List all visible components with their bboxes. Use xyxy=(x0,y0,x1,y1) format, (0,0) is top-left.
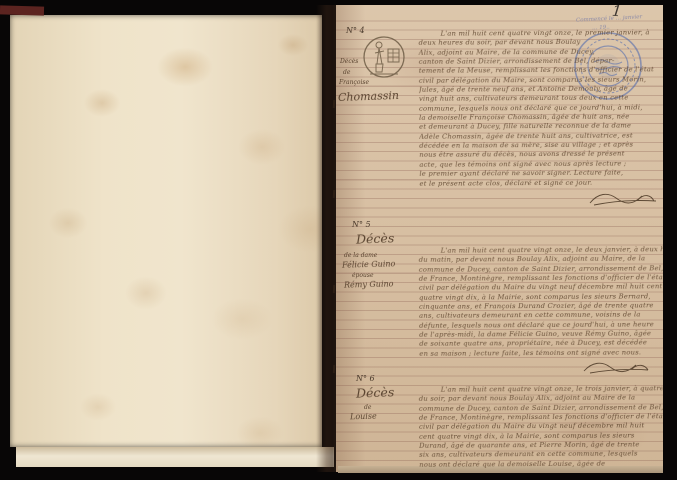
handwritten-line: en sa maison ; lecture faite, les témoin… xyxy=(419,348,663,359)
signature-flourish xyxy=(588,190,660,208)
margin-line: de xyxy=(364,404,371,411)
margin-line: Décès xyxy=(340,58,358,65)
margin-line: Décès xyxy=(356,230,395,246)
signature-flourish xyxy=(582,360,654,376)
stitch-mark xyxy=(333,365,335,373)
deceased-name: Félicie Guino xyxy=(342,259,396,269)
act-paragraph: L'an mil huit cent quatre vingt onze, le… xyxy=(419,384,664,470)
act-number: N° 5 xyxy=(352,220,371,229)
deceased-name: Louise xyxy=(350,412,377,422)
deceased-name: Chomassin xyxy=(338,89,399,104)
act-paragraph: L'an mil huit cent quatre vingt onze, le… xyxy=(419,245,664,359)
handwritten-line: nous ont déclaré que la demoiselle Louis… xyxy=(419,459,663,470)
book-cover-edge xyxy=(0,5,44,15)
stitch-mark xyxy=(333,100,335,108)
margin-line: épouse xyxy=(352,272,374,279)
act-number: N° 6 xyxy=(356,374,375,383)
stitch-mark xyxy=(333,190,335,198)
under-page-edge xyxy=(16,447,334,467)
spouse-name: Rémy Guino xyxy=(344,279,394,289)
left-blank-page xyxy=(10,15,322,447)
fiscal-stamp-icon xyxy=(362,34,406,80)
margin-line: Françoise xyxy=(339,79,369,86)
stitch-mark xyxy=(333,285,335,293)
margin-line: de la dame xyxy=(344,252,377,259)
margin-line: de xyxy=(343,69,350,76)
act-paragraph: L'an mil huit cent quatre vingt onze, le… xyxy=(419,28,664,188)
document-scan: 1 Commencé le … janvier … 19.. N° 4 Décè… xyxy=(0,0,677,480)
handwritten-line: et le présent acte clos, déclaré et sign… xyxy=(419,178,663,189)
margin-line: Décès xyxy=(356,384,395,400)
